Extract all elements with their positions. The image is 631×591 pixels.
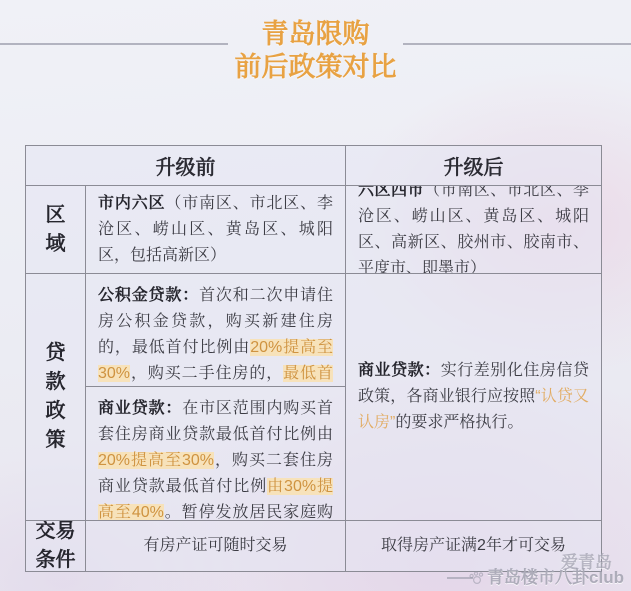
cell-loan-fund-before: 公积金贷款：首次和二次申请住房公积金贷款，购买新建住房的，最低首付比例由20%提… — [86, 274, 346, 387]
page-title: 青岛限购 前后政策对比 — [0, 18, 631, 84]
cell-region-after-text: 六区四市（市南区、市北区、李沧区、崂山区、黄岛区、城阳区、高新区、胶州市、胶南市… — [346, 186, 601, 274]
cell-loan-after: 商业贷款：实行差别化住房信贷政策，各商业银行应按照“认贷又认房”的要求严格执行。 — [346, 274, 601, 521]
cell-trade-before-text: 有房产证可随时交易 — [135, 533, 295, 559]
watermark: 爱青岛 青岛楼市八卦club — [418, 548, 628, 590]
row-label-region: 区 域 — [26, 186, 86, 274]
cell-loan-after-text: 商业贷款：实行差别化住房信贷政策，各商业银行应按照“认贷又认房”的要求严格执行。 — [346, 352, 601, 442]
paw-icon — [469, 571, 485, 585]
cell-loan-fund-before-text: 公积金贷款：首次和二次申请住房公积金贷款，购买新建住房的，最低首付比例由20%提… — [86, 274, 345, 387]
cell-loan-commercial-before: 商业贷款：在市区范围内购买首套住房商业贷款最低首付比例由20%提高至30%，购买… — [86, 387, 346, 521]
page-title-line1: 青岛限购 — [0, 18, 631, 51]
policy-comparison-table: 升级前 升级后 区 域 市内六区（市南区、市北区、李沧区、崂山区、黄岛区、城阳区… — [25, 145, 602, 572]
page-title-line2: 前后政策对比 — [0, 51, 631, 84]
infographic-page: { "title": { "line1": "青岛限购", "line2": "… — [0, 0, 631, 591]
cell-region-before: 市内六区（市南区、市北区、李沧区、崂山区、黄岛区、城阳区，包括高新区） — [86, 186, 346, 274]
watermark-text-club: 青岛楼市八卦club — [469, 563, 624, 588]
row-label-trade-conditions: 交易 条件 — [26, 521, 86, 571]
cell-region-before-text: 市内六区（市南区、市北区、李沧区、崂山区、黄岛区、城阳区，包括高新区） — [86, 186, 345, 274]
cell-loan-commercial-before-text: 商业贷款：在市区范围内购买首套住房商业贷款最低首付比例由20%提高至30%，购买… — [86, 387, 345, 521]
cell-region-after: 六区四市（市南区、市北区、李沧区、崂山区、黄岛区、城阳区、高新区、胶州市、胶南市… — [346, 186, 601, 274]
column-header-before: 升级前 — [26, 146, 346, 186]
cell-trade-before: 有房产证可随时交易 — [86, 521, 346, 571]
column-header-after: 升级后 — [346, 146, 601, 186]
row-label-loan-policy: 贷 款 政 策 — [26, 274, 86, 521]
